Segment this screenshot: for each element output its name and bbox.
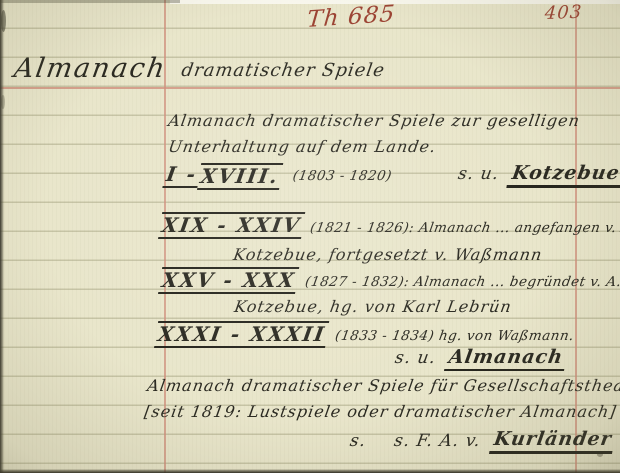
see-reference: s. u. [394,349,438,368]
volumes-line-2: XIX - XXIV (1821 - 1826): Almanach ... a… [158,212,620,239]
volumes-line-1: I - XVIII. (1803 - 1820) s. u. Kotzebue [162,163,620,190]
volume-note: (1833 - 1834) hg. von Waßmann. [334,329,575,344]
header-rule-line [0,87,620,89]
continuation-note: Kotzebue, fortgesetzt v. Waßmann [232,246,544,264]
volumes-line-4: XXXI - XXXII (1833 - 1834) hg. von Waßma… [154,321,576,348]
see-reference: s. u. [457,165,501,184]
volume-years: (1803 - 1820) [292,169,393,184]
scan-smudge [1,95,5,109]
volume-note: (1827 - 1832): Almanach ... begründet v.… [304,275,620,290]
see-reference-line: s. s. F. A. v. Kurländer [348,429,616,454]
volume-range: XXXI - XXXII [154,321,330,348]
entry-title-line1: Almanach dramatischer Spiele zur geselli… [167,112,581,130]
see-reference-name: Kurländer [489,429,617,454]
volumes-line-3: XXV - XXX (1827 - 1832): Almanach ... be… [158,267,620,294]
see-reference-line: s. u. Almanach [393,347,568,371]
catalog-card-scan: Th 685 403 Almanach dramatischer Spiele … [0,0,620,473]
scan-edge-bottom [0,469,620,473]
continuation-note: Kotzebue, hg. von Karl Lebrün [233,298,513,316]
see-reference: s. [349,432,368,451]
entry-title-line2: Unterhaltung auf dem Lande. [167,138,438,156]
scan-edge-top-shadow [0,0,180,3]
see-reference-name: Almanach [444,347,568,371]
volume-range: XIX - XXIV [158,212,305,239]
volume-range-b: XVIII. [197,163,283,190]
volume-range-a: I - [162,163,201,188]
second-entry-title: Almanach dramatischer Spiele für Gesells… [146,377,620,395]
second-entry-note: [seit 1819: Lustspiele oder dramatischer… [143,403,618,421]
see-reference-name: Kotzebue [507,163,620,188]
heading-sub: dramatischer Spiele [180,61,386,81]
scan-smudge [1,10,6,32]
volume-note: (1821 - 1826): Almanach ... angefangen v… [309,221,620,236]
volume-range: XXV - XXX [158,267,300,294]
scan-edge-left [0,0,4,473]
page-number: 403 [544,3,583,24]
heading-main: Almanach [12,54,169,84]
see-reference-initials: s. F. A. v. [393,432,483,451]
